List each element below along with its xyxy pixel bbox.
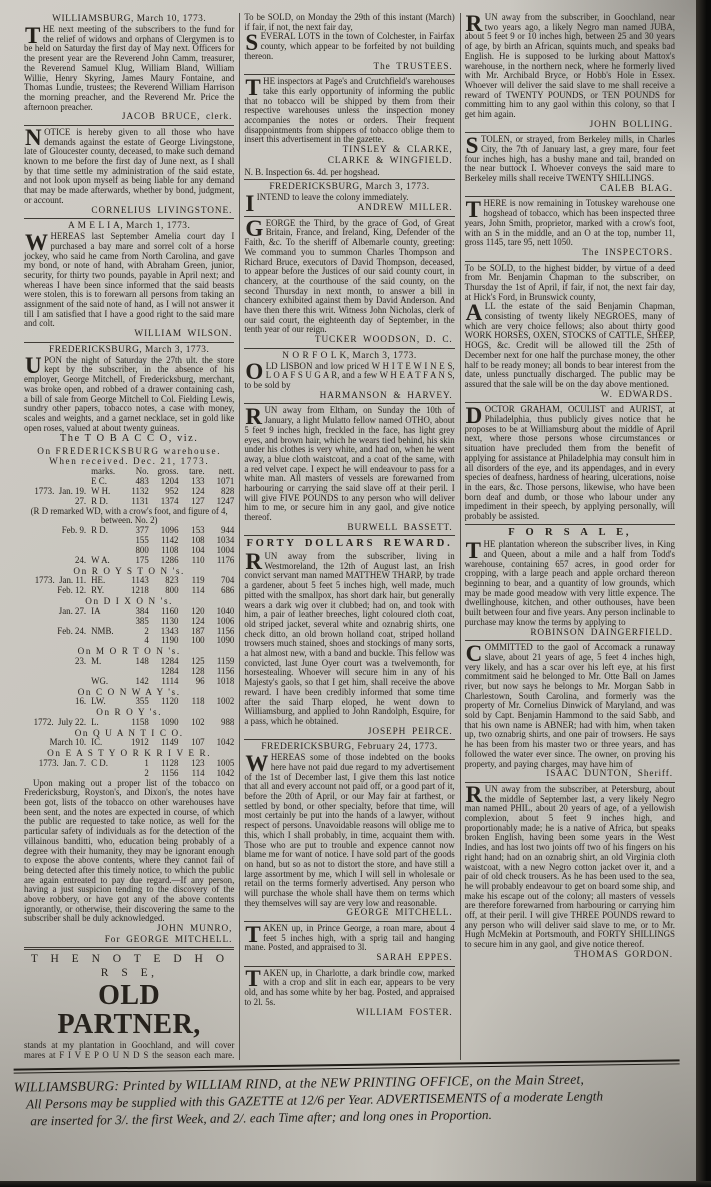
table-cell: 1286: [149, 556, 179, 566]
table-cell: 1912: [124, 738, 149, 748]
ad-body-text: HEREAS some of those indebted on the boo…: [244, 752, 454, 908]
ad-lead-text: To be SOLD, to the highest bidder, by vi…: [465, 264, 675, 303]
advertisement: NOTICE is hereby given to all those who …: [24, 128, 234, 216]
drop-cap-initial: T: [465, 540, 484, 559]
ad-divider-rule: [465, 261, 675, 262]
drop-cap-initial: T: [24, 25, 43, 44]
ad-body: TAKEN up, in Charlotte, a dark brindle c…: [244, 969, 454, 1008]
ad-divider-rule: [465, 640, 675, 641]
advertisement: F O R S A L E,THE plantation whereon the…: [465, 527, 675, 638]
table-cell: RY.: [91, 586, 123, 596]
drop-cap-initial: A: [465, 302, 485, 321]
ad-body: THE plantation whereon the subscriber li…: [465, 540, 675, 627]
table-row: March 10.IC.191211491071042: [24, 738, 234, 748]
advertisement: GEORGE the Third, by the grace of God, o…: [244, 219, 454, 346]
ad-signature: ROBINSON DAINGERFIELD.: [465, 628, 675, 639]
table-cell: 1176: [205, 556, 235, 566]
imprint-block: WILLIAMSBURG: Printed by WILLIAM RIND, a…: [14, 1059, 681, 1129]
advertisement: TAKEN up, in Prince George, a roan mare,…: [244, 924, 454, 964]
ad-headline: F O R S A L E,: [465, 527, 675, 540]
ad-body-text: AKEN up, in Charlotte, a dark brindle co…: [244, 968, 454, 1007]
table-cell: 355: [124, 697, 149, 707]
ad-body: STOLEN, or strayed, from Berkeley mills,…: [465, 135, 675, 184]
table-cell: 1090: [149, 718, 179, 728]
drop-cap-initial: T: [244, 969, 263, 988]
table-cell: IC.: [91, 738, 123, 748]
advertisement: N O R F O L K, March 3, 1773.OLD LISBON …: [244, 351, 454, 402]
advertisement: STOLEN, or strayed, from Berkeley mills,…: [465, 135, 675, 194]
ad-body-text: TOLEN, or strayed, from Berkeley mills, …: [465, 134, 675, 183]
ad-body-text: UN away from the subscriber, at Petersbu…: [465, 784, 675, 949]
advertisement: FREDERICKSBURG, March 3, 1773.UPON the n…: [24, 345, 234, 946]
table-cell: IA: [91, 607, 123, 617]
ad-signature: For GEORGE MITCHELL.: [24, 935, 234, 946]
drop-cap-initial: D: [465, 405, 485, 424]
advertisement: COMMITTED to the gaol of Accomack a runa…: [465, 643, 675, 780]
ad-body-text: HERE is now remaining in Totuskey wareho…: [465, 198, 675, 247]
ad-divider-rule: [244, 74, 454, 75]
ad-signature: WILLIAM FOSTER.: [244, 1008, 454, 1019]
ad-body-text: UN away from the subscriber, in Goochlan…: [465, 13, 675, 119]
table-cell: [91, 636, 123, 646]
advertisement: DOCTOR GRAHAM, OCULIST and AURIST, at Ph…: [465, 405, 675, 521]
table-cell: Jan. 27.: [24, 607, 91, 617]
ad-divider-rule: [244, 179, 454, 180]
advertisement: FREDERICKSBURG, March 3, 1773.IINTEND to…: [244, 182, 454, 213]
table-cell: 4: [124, 636, 149, 646]
table-row: 24.W A.17512861101176: [24, 556, 234, 566]
ad-body: RUN away from the subscriber, in Goochla…: [465, 13, 675, 120]
ad-body-text: UN away from Eltham, on Sunday the 10th …: [244, 405, 454, 522]
ad-body: COMMITTED to the gaol of Accomack a runa…: [465, 643, 675, 769]
table-cell: [24, 536, 91, 546]
advertisement: WILLIAMSBURG, March 10, 1773.THE next me…: [24, 14, 234, 123]
ad-body-text: HE inspectors at Page's and Crutchfield'…: [244, 76, 454, 144]
ad-headline: FORTY DOLLARS REWARD.: [244, 538, 454, 551]
drop-cap-initial: G: [244, 219, 265, 238]
table-cell: 100: [179, 636, 205, 646]
ad-divider-rule: [244, 921, 454, 922]
ad-headline: OLD PARTNER,: [24, 981, 234, 1039]
ad-body-text: stands at my plantation in Goochland, an…: [24, 1040, 234, 1060]
ad-body-text: OTICE is hereby given to all those who h…: [24, 127, 234, 205]
drop-cap-initial: W: [24, 232, 51, 251]
table-cell: 686: [205, 586, 235, 596]
drop-cap-initial: R: [465, 13, 485, 32]
table-cell: 800: [149, 586, 179, 596]
ad-signature: JOSEPH PEIRCE.: [244, 727, 454, 738]
table-cell: [24, 636, 91, 646]
ad-body: RUN away from the subscriber, living in …: [244, 552, 454, 727]
table-note: (R D remarked WD, with a crow's foot, an…: [24, 507, 234, 526]
ad-body: THERE is now remaining in Totuskey wareh…: [465, 199, 675, 248]
drop-cap-initial: T: [244, 77, 263, 96]
tobacco-table-title: The T O B A C C O, viz.: [24, 433, 234, 446]
table-cell: [24, 467, 91, 477]
ad-body-text: LL the estate of the said Benjamin Chapm…: [465, 301, 675, 389]
ad-divider-rule: [24, 947, 234, 950]
ad-signature: TUCKER WOODSON, D. C.: [244, 335, 454, 346]
table-cell: 1042: [205, 738, 235, 748]
table-cell: 1002: [205, 697, 235, 707]
ad-signature: THOMAS GORDON.: [465, 950, 675, 961]
ad-body: DOCTOR GRAHAM, OCULIST and AURIST, at Ph…: [465, 405, 675, 521]
ad-divider-rule: [244, 348, 454, 349]
table-cell: [91, 536, 123, 546]
ad-signature: The INSPECTORS.: [465, 248, 675, 259]
table-cell: 1120: [149, 697, 179, 707]
table-cell: 1158: [124, 718, 149, 728]
columns-container: WILLIAMSBURG, March 10, 1773.THE next me…: [20, 13, 680, 1060]
drop-cap-initial: W: [244, 753, 271, 772]
drop-cap-initial: R: [465, 785, 485, 804]
advertisement: FREDERICKSBURG, February 24, 1773.WHEREA…: [244, 742, 454, 919]
column-1: WILLIAMSBURG, March 10, 1773.THE next me…: [20, 13, 239, 1060]
ad-signature: JOHN MUNRO,: [24, 924, 234, 935]
advertisement: RUN away from the subscriber, at Petersb…: [465, 785, 675, 961]
table-cell: Feb. 9.: [24, 526, 91, 536]
table-cell: 1018: [205, 677, 235, 687]
table-cell: Feb. 24.: [24, 627, 91, 637]
advertisement: RUN away from Eltham, on Sunday the 10th…: [244, 406, 454, 533]
column-3: RUN away from the subscriber, in Goochla…: [460, 13, 680, 1060]
table-cell: 1772. July 22.: [24, 718, 91, 728]
ad-body: RUN away from Eltham, on Sunday the 10th…: [244, 406, 454, 522]
ad-divider-rule: [465, 782, 675, 783]
table-cell: 102: [179, 718, 205, 728]
drop-cap-initial: R: [244, 406, 264, 425]
table-cell: 23.: [24, 657, 91, 667]
ad-body: ALL the estate of the said Benjamin Chap…: [465, 302, 675, 389]
table-cell: 1218: [124, 586, 149, 596]
ad-signature: TINSLEY & CLARKE,: [244, 145, 454, 156]
ad-divider-rule: [244, 966, 454, 967]
ad-body-text: Upon making out a proper list of the tob…: [24, 778, 234, 924]
table-cell: C D.: [91, 759, 123, 769]
table-cell: R D.: [91, 526, 123, 536]
ad-body-text: UN away from the subscriber, living in W…: [244, 551, 454, 726]
advertisement: RUN away from the subscriber, in Goochla…: [465, 13, 675, 130]
ad-body-text: AKEN up, in Prince George, a roan mare, …: [244, 923, 454, 952]
ad-body: NOTICE is hereby given to all those who …: [24, 128, 234, 206]
table-cell: 1190: [149, 636, 179, 646]
ad-body-continued: Upon making out a proper list of the tob…: [24, 779, 234, 925]
ad-divider-rule: [244, 535, 454, 536]
drop-cap-initial: I: [244, 193, 256, 212]
ad-body-text: LD LISBON and low priced W H I T E W I N…: [244, 361, 454, 390]
advertisement: T H E N O T E D H O R S E,OLD PARTNER,st…: [24, 952, 234, 1060]
drop-cap-initial: T: [465, 199, 484, 218]
table-cell: Feb. 12.: [24, 586, 91, 596]
ad-signature: JACOB BRUCE, clerk.: [24, 112, 234, 123]
table-cell: NMB.: [91, 627, 123, 637]
ad-divider-rule: [24, 342, 234, 343]
ad-signature: BURWELL BASSETT.: [244, 523, 454, 534]
ad-body: RUN away from the subscriber, at Petersb…: [465, 785, 675, 950]
table-cell: [24, 677, 91, 687]
table-cell: 16.: [24, 697, 91, 707]
ad-signature: The TRUSTEES.: [244, 62, 454, 73]
ad-body: WHEREAS some of those indebted on the bo…: [244, 753, 454, 908]
advertisement: TAKEN up, in Charlotte, a dark brindle c…: [244, 969, 454, 1018]
drop-cap-initial: C: [465, 643, 485, 662]
ad-body-text: EORGE the Third, by the grace of God, of…: [244, 218, 454, 335]
table-cell: March 10.: [24, 738, 91, 748]
ad-body-text: OMMITTED to the gaol of Accomack a runaw…: [465, 642, 675, 768]
ad-body-text: HEREAS last September Amelia court day I…: [24, 231, 234, 328]
ad-body: GEORGE the Third, by the grace of God, o…: [244, 219, 454, 335]
table-cell: 175: [124, 556, 149, 566]
drop-cap-initial: T: [244, 924, 263, 943]
table-cell: 1114: [149, 677, 179, 687]
advertisement: THE inspectors at Page's and Crutchfield…: [244, 77, 454, 177]
ad-divider-rule: [244, 216, 454, 217]
advertisement: THERE is now remaining in Totuskey wareh…: [465, 199, 675, 258]
ad-signature: HARMANSON & HARVEY.: [244, 391, 454, 402]
ad-postscript: N. B. Inspection 6s. 4d. per hogshead.: [244, 167, 454, 177]
ad-body: WHEREAS last September Amelia court day …: [24, 232, 234, 329]
table-cell: [24, 667, 91, 677]
table-cell: 148: [124, 657, 149, 667]
ad-body: UPON the night of Saturday the 27th ult.…: [24, 356, 234, 434]
ad-signature: ANDREW MILLER.: [244, 203, 454, 214]
ad-signature: GEORGE MITCHELL.: [244, 908, 454, 919]
drop-cap-initial: O: [244, 362, 265, 381]
ad-body: SEVERAL LOTS in the town of Colchester, …: [244, 32, 454, 61]
ad-lead-text: To be SOLD, on Monday the 29th of this i…: [244, 13, 454, 32]
photo-dark-edge-bottom: [0, 1181, 711, 1187]
advertisement: FORTY DOLLARS REWARD.RUN away from the s…: [244, 538, 454, 737]
table-cell: LW.: [91, 697, 123, 707]
ad-body: IINTEND to leave the colony immediately.: [244, 193, 454, 203]
table-cell: WG.: [91, 677, 123, 687]
ad-signature: W. EDWARDS.: [465, 390, 675, 401]
table-cell: 988: [205, 718, 235, 728]
table-cell: 1149: [149, 738, 179, 748]
ad-body-text: HE plantation whereon the subscriber liv…: [465, 539, 675, 627]
ad-signature: ISAAC DUNTON, Sheriff.: [465, 769, 675, 780]
column-2: To be SOLD, on Monday the 29th of this i…: [239, 13, 459, 1060]
ad-body: stands at my plantation in Goochland, an…: [24, 1041, 234, 1060]
ad-signature: SARAH EPPES.: [244, 953, 454, 964]
ad-body: OLD LISBON and low priced W H I T E W I …: [244, 362, 454, 391]
ad-body: THE inspectors at Page's and Crutchfield…: [244, 77, 454, 145]
ad-signature: JOHN BOLLING.: [465, 120, 675, 131]
ad-pre-headline: T H E N O T E D H O R S E,: [24, 952, 234, 980]
drop-cap-initial: S: [465, 135, 481, 154]
ad-signature: WILLIAM WILSON.: [24, 329, 234, 340]
table-row: 1772. July 22.L.11581090102988: [24, 718, 234, 728]
photo-dark-edge-right: [696, 0, 711, 1187]
newspaper-page: WILLIAMSBURG, March 10, 1773.THE next me…: [0, 0, 696, 1181]
drop-cap-initial: S: [244, 32, 260, 51]
table-row: Feb. 12.RY.1218800114686: [24, 586, 234, 596]
table-cell: L.: [91, 718, 123, 728]
ad-body-text: INTEND to leave the colony immediately.: [257, 192, 409, 202]
advertisement: A M E L I A, March 1, 1773.WHEREAS last …: [24, 221, 234, 340]
table-cell: 142: [124, 677, 149, 687]
table-cell: M.: [91, 657, 123, 667]
table-cell: 110: [179, 556, 205, 566]
table-cell: 1773. Jan. 7.: [24, 759, 91, 769]
drop-cap-initial: N: [24, 128, 44, 147]
ad-body: TAKEN up, in Prince George, a roan mare,…: [244, 924, 454, 953]
ad-body-text: OCTOR GRAHAM, OCULIST and AURIST, at Phi…: [465, 404, 675, 521]
ad-divider-rule: [24, 125, 234, 126]
table-row: WG.1421114961018: [24, 677, 234, 687]
ad-divider-rule: [244, 739, 454, 740]
ad-body-text: PON the night of Saturday the 27th ult. …: [24, 355, 234, 433]
table-cell: 96: [179, 677, 205, 687]
table-cell: 24.: [24, 556, 91, 566]
table-cell: 107: [179, 738, 205, 748]
ad-signature: CALEB BLAG.: [465, 184, 675, 195]
advertisement: To be SOLD, to the highest bidder, by vi…: [465, 264, 675, 401]
drop-cap-initial: R: [244, 552, 264, 571]
ad-signature: CLARKE & WINGFIELD.: [244, 156, 454, 167]
ad-divider-rule: [24, 218, 234, 219]
table-row: 16.LW.35511201181002: [24, 697, 234, 707]
table-row: 411901001090: [24, 636, 234, 646]
table-cell: 114: [179, 586, 205, 596]
ad-body-text: EVERAL LOTS in the town of Colchester, i…: [244, 31, 454, 60]
drop-cap-initial: U: [24, 356, 44, 375]
table-cell: W A.: [91, 556, 123, 566]
ad-body: THE next meeting of the subscribers to t…: [24, 25, 234, 112]
table-cell: 118: [179, 697, 205, 707]
table-cell: 1090: [205, 636, 235, 646]
ad-body-text: HE next meeting of the subscribers to th…: [24, 24, 234, 112]
ad-signature: CORNELIUS LIVINGSTONE.: [24, 206, 234, 217]
advertisement: To be SOLD, on Monday the 29th of this i…: [244, 13, 454, 72]
ad-divider-rule: [465, 524, 675, 525]
table-section-label: On FREDERICKSBURG warehouse.: [24, 446, 234, 457]
